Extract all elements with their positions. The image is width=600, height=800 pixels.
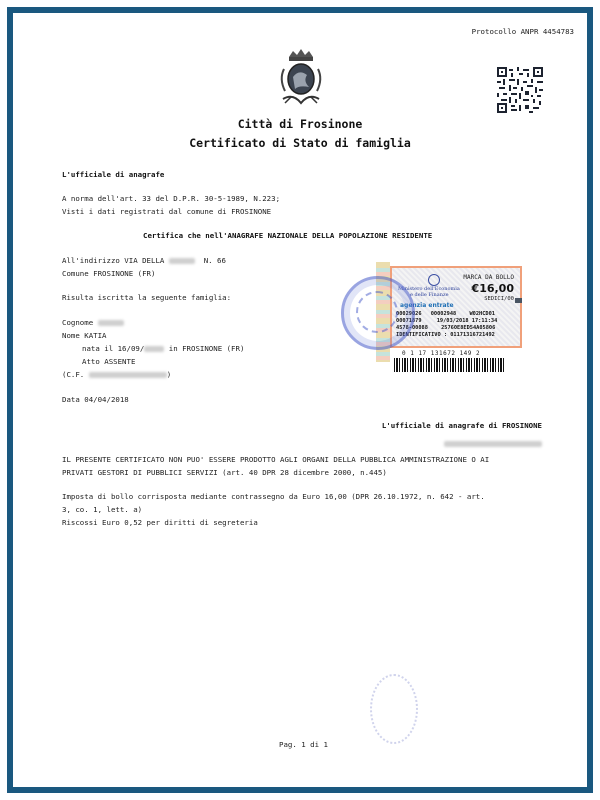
redacted-surname: [98, 320, 124, 326]
revenue-stamp: Ministero dell'Economia e delle Finanze …: [376, 262, 524, 374]
member-act: Atto ASSENTE: [82, 357, 135, 367]
member-name: Nome KATIA: [62, 331, 107, 341]
republic-emblem-icon: [428, 274, 440, 286]
stamp-heading: MARCA DA BOLLO: [463, 274, 514, 281]
member-surname: Cognome: [62, 318, 124, 328]
protocol-number: Protocollo ANPR 4454783: [472, 27, 574, 37]
address-prefix: All'indirizzo VIA DELLA: [62, 256, 164, 265]
barcode-number: 0 1 17 131672 149 2: [402, 350, 480, 357]
city-crest-icon: [275, 47, 327, 109]
stamp-amount-words: SEDICI/00: [484, 296, 514, 302]
municipality: Comune FROSINONE (FR): [62, 269, 155, 279]
redacted-street: [169, 258, 195, 264]
stamp-amount: €16,00: [472, 282, 514, 295]
stamp-tab: [515, 298, 522, 303]
notice-line-2: PRIVATI GESTORI DI PUBBLICI SERVIZI (art…: [62, 468, 387, 478]
tax-code-close: ): [167, 370, 171, 379]
code-3b: 25760E8ED54A05806: [441, 325, 495, 331]
faint-seal-icon: [370, 674, 418, 744]
signatory-name: [444, 433, 542, 452]
page-title: Certificato di Stato di famiglia: [0, 136, 600, 150]
municipal-seal-icon: [341, 276, 415, 350]
tax-line-1: Imposta di bollo corrisposta mediante co…: [62, 492, 485, 502]
address-line: All'indirizzo VIA DELLA N. 66: [62, 256, 226, 266]
officer-heading: L'ufficiale di anagrafe: [62, 170, 164, 180]
issue-date: Data 04/04/2018: [62, 395, 129, 405]
family-intro: Risulta iscritta la seguente famiglia:: [62, 293, 231, 303]
code-2b: 19/03/2018 17:11:34: [437, 318, 498, 324]
legal-reference: A norma dell'art. 33 del D.P.R. 30-5-198…: [62, 194, 280, 204]
certification-statement: Certifica che nell'ANAGRAFE NAZIONALE DE…: [143, 231, 432, 241]
city-name: Città di Frosinone: [0, 117, 600, 131]
tax-line-2: 3, co. 1, lett. a): [62, 505, 142, 515]
barcode: [394, 358, 506, 372]
redacted-tax-code: [89, 372, 167, 378]
fee-line: Riscossi Euro 0,52 per diritti di segret…: [62, 518, 258, 528]
member-birth: nata il 16/09/ in FROSINONE (FR): [82, 344, 244, 354]
tax-code-label: (C.F.: [62, 370, 84, 379]
signatory-title: L'ufficiale di anagrafe di FROSINONE: [382, 421, 542, 431]
stamp-identifier: IDENTIFICATIVO : 01171316721492: [396, 332, 495, 338]
qr-code-icon: [497, 67, 543, 113]
code-1b: 00002948: [431, 311, 457, 317]
notice-line-1: IL PRESENTE CERTIFICATO NON PUO' ESSERE …: [62, 455, 489, 465]
address-number: N. 66: [204, 256, 226, 265]
page-number: Pag. 1 di 1: [279, 740, 328, 750]
birth-place: in FROSINONE (FR): [169, 344, 245, 353]
member-tax-code: (C.F. ): [62, 370, 171, 380]
surname-label: Cognome: [62, 318, 93, 327]
redacted-birth-year: [144, 346, 164, 352]
code-1c: W02HCD01: [469, 311, 495, 317]
birth-date: nata il 16/09/: [82, 344, 144, 353]
redacted-signatory-name: [444, 441, 542, 447]
data-source: Visti i dati registrati dal comune di FR…: [62, 207, 271, 217]
